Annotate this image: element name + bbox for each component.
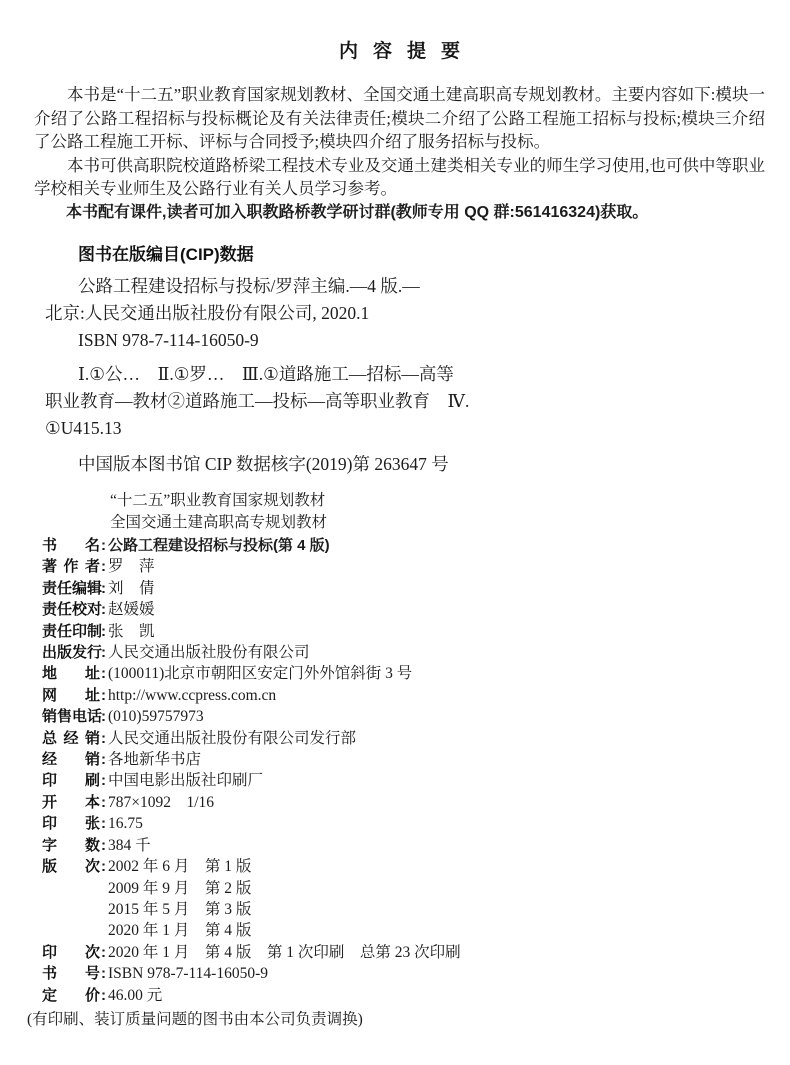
colophon-row: :2009 年 9 月 第 2 版 — [42, 878, 765, 899]
colophon-value: 罗 萍 — [108, 556, 155, 577]
colophon-row: :2015 年 5 月 第 3 版 — [42, 899, 765, 920]
colophon-label: 经销 — [42, 749, 100, 770]
cip-line: 职业教育—教材②道路施工—投标—高等职业教育 Ⅳ. — [45, 388, 765, 415]
colophon-colon: : — [100, 599, 108, 620]
colophon-value: 人民交通出版社股份有限公司发行部 — [108, 728, 356, 749]
colophon-label: 著作者 — [42, 556, 100, 577]
colophon-value: 中国电影出版社印刷厂 — [108, 770, 263, 791]
colophon-value: 2002 年 6 月 第 1 版 — [108, 856, 251, 877]
colophon-colon: : — [100, 663, 108, 684]
colophon-row: 经销:各地新华书店 — [42, 749, 765, 770]
colophon-row: 印次:2020 年 1 月 第 4 版 第 1 次印刷 总第 23 次印刷 — [42, 942, 765, 963]
colophon-value: ISBN 978-7-114-16050-9 — [108, 963, 268, 984]
colophon-value: 各地新华书店 — [108, 749, 201, 770]
colophon-value: 384 千 — [108, 835, 151, 856]
colophon-value: 2015 年 5 月 第 3 版 — [108, 899, 251, 920]
colophon-row: 总经销:人民交通出版社股份有限公司发行部 — [42, 728, 765, 749]
colophon-colon: : — [100, 749, 108, 770]
colophon-row: 责任校对:赵媛媛 — [42, 599, 765, 620]
colophon-value: 46.00 元 — [108, 985, 162, 1006]
colophon-row: 书号:ISBN 978-7-114-16050-9 — [42, 963, 765, 984]
colophon-label: 网址 — [42, 685, 100, 706]
colophon-label: 责任印制 — [42, 621, 100, 642]
colophon-label: 开本 — [42, 792, 100, 813]
colophon-value: 刘 倩 — [108, 578, 155, 599]
colophon-colon: : — [100, 685, 108, 706]
colophon-colon: : — [100, 835, 108, 856]
copyright-page: 内容提要 本书是“十二五”职业教育国家规划教材、全国交通土建高职高专规划教材。主… — [0, 0, 790, 1065]
colophon-value: 2020 年 1 月 第 4 版 第 1 次印刷 总第 23 次印刷 — [108, 942, 461, 963]
cip-line: ISBN 978-7-114-16050-9 — [45, 327, 765, 354]
cip-heading: 图书在版编目(CIP)数据 — [78, 240, 765, 265]
colophon-label: 书号 — [42, 963, 100, 984]
colophon-row: 定价:46.00 元 — [42, 985, 765, 1006]
colophon-row: 著作者:罗 萍 — [42, 556, 765, 577]
colophon-label: 责任校对 — [42, 599, 100, 620]
colophon-value: 2020 年 1 月 第 4 版 — [108, 920, 251, 941]
colophon-colon: : — [100, 985, 108, 1006]
colophon-colon: : — [100, 642, 108, 663]
summary-paragraph: 本书配有课件,读者可加入职教路桥教学研讨群(教师专用 QQ 群:56141632… — [34, 201, 765, 225]
colophon-value: 张 凯 — [108, 621, 155, 642]
cip-registry-number: 中国版本图书馆 CIP 数据核字(2019)第 263647 号 — [78, 451, 765, 478]
colophon-label: 定价 — [42, 985, 100, 1006]
colophon-row: 开本:787×1092 1/16 — [42, 792, 765, 813]
colophon-colon: : — [100, 813, 108, 834]
colophon-colon: : — [100, 792, 108, 813]
colophon-row: 地址:(100011)北京市朝阳区安定门外外馆斜街 3 号 — [42, 663, 765, 684]
colophon-label: 印刷 — [42, 770, 100, 791]
colophon-colon: : — [100, 770, 108, 791]
colophon-row: 印张:16.75 — [42, 813, 765, 834]
colophon-label: 印次 — [42, 942, 100, 963]
colophon-value: 16.75 — [108, 813, 143, 834]
colophon: 书名:公路工程建设招标与投标(第 4 版) 著作者:罗 萍 责任编辑:刘 倩 责… — [34, 535, 765, 1006]
cip-line: Ⅰ.①公… Ⅱ.①罗… Ⅲ.①道路施工—招标—高等 — [45, 361, 765, 388]
colophon-label: 字数 — [42, 835, 100, 856]
colophon-value: 2009 年 9 月 第 2 版 — [108, 878, 251, 899]
colophon-label: 版次 — [42, 856, 100, 877]
colophon-colon: : — [100, 942, 108, 963]
cip-section: 图书在版编目(CIP)数据 公路工程建设招标与投标/罗萍主编.—4 版.—北京:… — [34, 240, 765, 478]
cip-line: 北京:人民交通出版社股份有限公司, 2020.1 — [45, 300, 765, 327]
series-title-line: “十二五”职业教育国家规划教材 — [110, 490, 765, 512]
quality-note: (有印刷、装订质量问题的图书由本公司负责调换) — [27, 1009, 765, 1030]
colophon-colon: : — [100, 706, 108, 727]
colophon-colon: : — [100, 535, 108, 556]
colophon-colon: : — [100, 621, 108, 642]
colophon-label: 责任编辑 — [42, 578, 100, 599]
colophon-colon: : — [100, 856, 108, 877]
colophon-row: 责任印制:张 凯 — [42, 621, 765, 642]
colophon-value: 787×1092 1/16 — [108, 792, 214, 813]
colophon-label: 印张 — [42, 813, 100, 834]
colophon-row: 责任编辑:刘 倩 — [42, 578, 765, 599]
colophon-value: (010)59757973 — [108, 706, 204, 727]
colophon-row: :2020 年 1 月 第 4 版 — [42, 920, 765, 941]
colophon-value: 人民交通出版社股份有限公司 — [108, 642, 310, 663]
colophon-row: 书名:公路工程建设招标与投标(第 4 版) — [42, 535, 765, 556]
colophon-row: 印刷:中国电影出版社印刷厂 — [42, 770, 765, 791]
content-summary: 本书是“十二五”职业教育国家规划教材、全国交通土建高职高专规划教材。主要内容如下… — [34, 83, 765, 224]
summary-paragraph: 本书是“十二五”职业教育国家规划教材、全国交通土建高职高专规划教材。主要内容如下… — [34, 83, 765, 154]
colophon-value: (100011)北京市朝阳区安定门外外馆斜街 3 号 — [108, 663, 412, 684]
colophon-label: 出版发行 — [42, 642, 100, 663]
cip-line: ①U415.13 — [45, 415, 765, 442]
cip-line: 公路工程建设招标与投标/罗萍主编.—4 版.— — [45, 273, 765, 300]
colophon-row: 版次:2002 年 6 月 第 1 版 — [42, 856, 765, 877]
series-titles: “十二五”职业教育国家规划教材全国交通土建高职高专规划教材 — [110, 490, 765, 534]
colophon-colon: : — [100, 963, 108, 984]
page-title: 内容提要 — [34, 36, 765, 63]
cip-lines: 公路工程建设招标与投标/罗萍主编.—4 版.—北京:人民交通出版社股份有限公司,… — [45, 273, 765, 442]
colophon-label: 销售电话 — [42, 706, 100, 727]
colophon-row: 网址:http://www.ccpress.com.cn — [42, 685, 765, 706]
colophon-row: 出版发行:人民交通出版社股份有限公司 — [42, 642, 765, 663]
summary-paragraph: 本书可供高职院校道路桥梁工程技术专业及交通土建类相关专业的师生学习使用,也可供中… — [34, 154, 765, 201]
colophon-label: 地址 — [42, 663, 100, 684]
series-title-line: 全国交通土建高职高专规划教材 — [110, 512, 765, 534]
colophon-colon: : — [100, 578, 108, 599]
colophon-colon: : — [100, 556, 108, 577]
colophon-value: 公路工程建设招标与投标(第 4 版) — [108, 535, 330, 556]
colophon-value: http://www.ccpress.com.cn — [108, 685, 276, 706]
colophon-row: 字数:384 千 — [42, 835, 765, 856]
colophon-label: 书名 — [42, 535, 100, 556]
colophon-colon: : — [100, 728, 108, 749]
colophon-value: 赵媛媛 — [108, 599, 155, 620]
colophon-label: 总经销 — [42, 728, 100, 749]
colophon-row: 销售电话:(010)59757973 — [42, 706, 765, 727]
